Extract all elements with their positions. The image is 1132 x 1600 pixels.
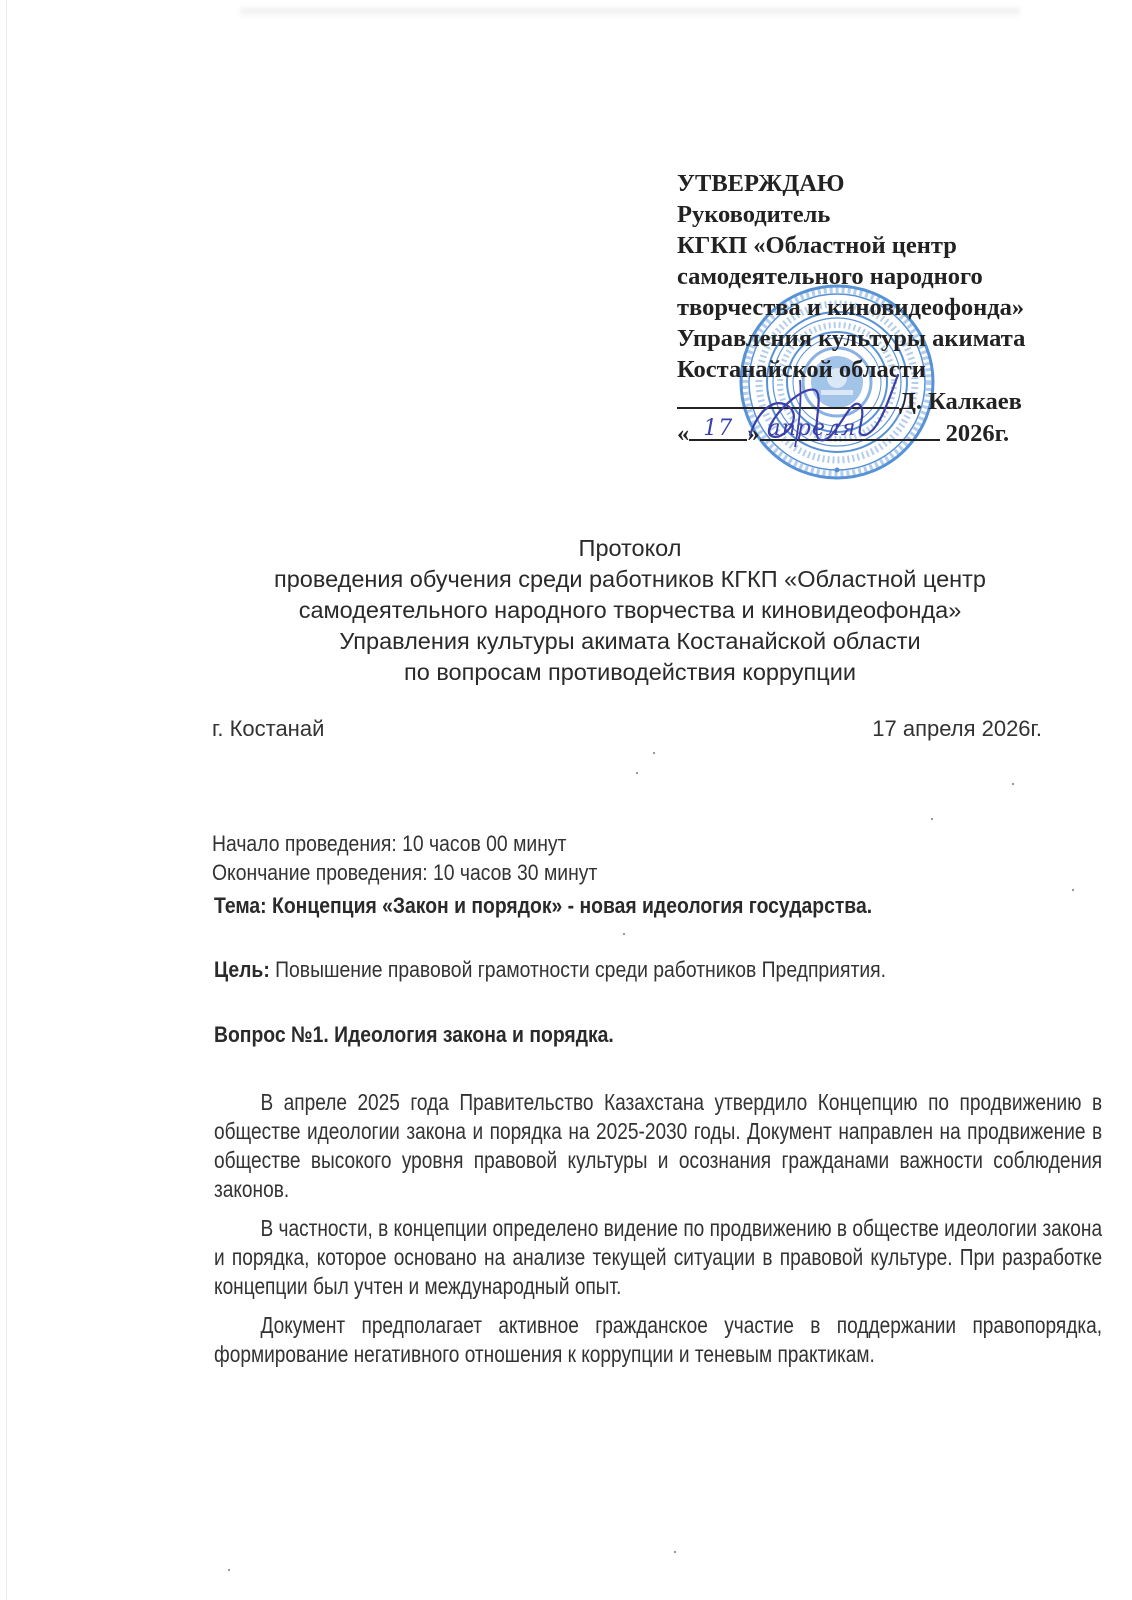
scan-artifact <box>240 8 1020 18</box>
scan-speck <box>1072 889 1074 891</box>
title-line: проведения обучения среди работников КГК… <box>200 564 1060 595</box>
body-paragraphs: В апреле 2025 года Правительство Казахст… <box>214 1088 1102 1379</box>
topic: Тема: Концепция «Закон и порядок» - нова… <box>214 893 872 919</box>
paragraph: Документ предполагает активное гражданск… <box>214 1311 1102 1369</box>
approval-org-line: творчества и киновидеофонда» <box>677 292 1097 323</box>
session-times: Начало проведения: 10 часов 00 минут Око… <box>212 829 597 887</box>
goal-text: Повышение правовой грамотности среди раб… <box>270 957 886 982</box>
paragraph: В апреле 2025 года Правительство Казахст… <box>214 1088 1102 1204</box>
document-page: УТВЕРЖДАЮ Руководитель КГКП «Областной ц… <box>0 0 1132 1600</box>
document-title: Протокол проведения обучения среди работ… <box>200 533 1060 688</box>
document-date: 17 апреля 2026г. <box>872 716 1042 742</box>
date-year: 2026г. <box>946 420 1010 447</box>
start-time: Начало проведения: 10 часов 00 минут <box>212 829 597 858</box>
scan-speck <box>1012 783 1014 785</box>
scan-speck <box>653 752 655 754</box>
date-day-blank: 17 <box>689 417 747 441</box>
end-time: Окончание проведения: 10 часов 30 минут <box>212 858 597 887</box>
scan-speck <box>931 818 933 820</box>
scan-speck <box>636 772 638 774</box>
title-line: по вопросам противодействия коррупции <box>200 657 1060 688</box>
signature-icon <box>740 365 910 455</box>
scan-speck <box>674 1551 676 1553</box>
scan-edge <box>6 0 7 1600</box>
approval-heading: УТВЕРЖДАЮ <box>677 168 1097 199</box>
topic-text: Концепция «Закон и порядок» - новая идео… <box>267 893 872 918</box>
title-line: Управления культуры акимата Костанайской… <box>200 626 1060 657</box>
approval-org-line: самодеятельного народного <box>677 261 1097 292</box>
goal-label: Цель: <box>214 957 270 982</box>
approval-position: Руководитель <box>677 199 1097 230</box>
approval-org-line: КГКП «Областной центр <box>677 230 1097 261</box>
question-text: Вопрос №1. Идеология закона и порядка. <box>214 1022 614 1047</box>
scan-speck <box>228 1569 230 1571</box>
date-day-handwritten: 17 <box>703 413 733 444</box>
topic-label: Тема: <box>214 893 267 918</box>
signatory-name: Д. Калкаев <box>899 388 1022 415</box>
title-line: самодеятельного народного творчества и к… <box>200 595 1060 626</box>
goal: Цель: Повышение правовой грамотности сре… <box>214 957 886 983</box>
question-heading: Вопрос №1. Идеология закона и порядка. <box>214 1022 614 1048</box>
city: г. Костанай <box>212 716 324 742</box>
date-open-quote: « <box>677 420 689 447</box>
scan-speck <box>623 933 625 935</box>
paragraph: В частности, в концепции определено виде… <box>214 1214 1102 1301</box>
approval-org-line: Управления культуры акимата <box>677 323 1097 354</box>
title-line: Протокол <box>200 533 1060 564</box>
